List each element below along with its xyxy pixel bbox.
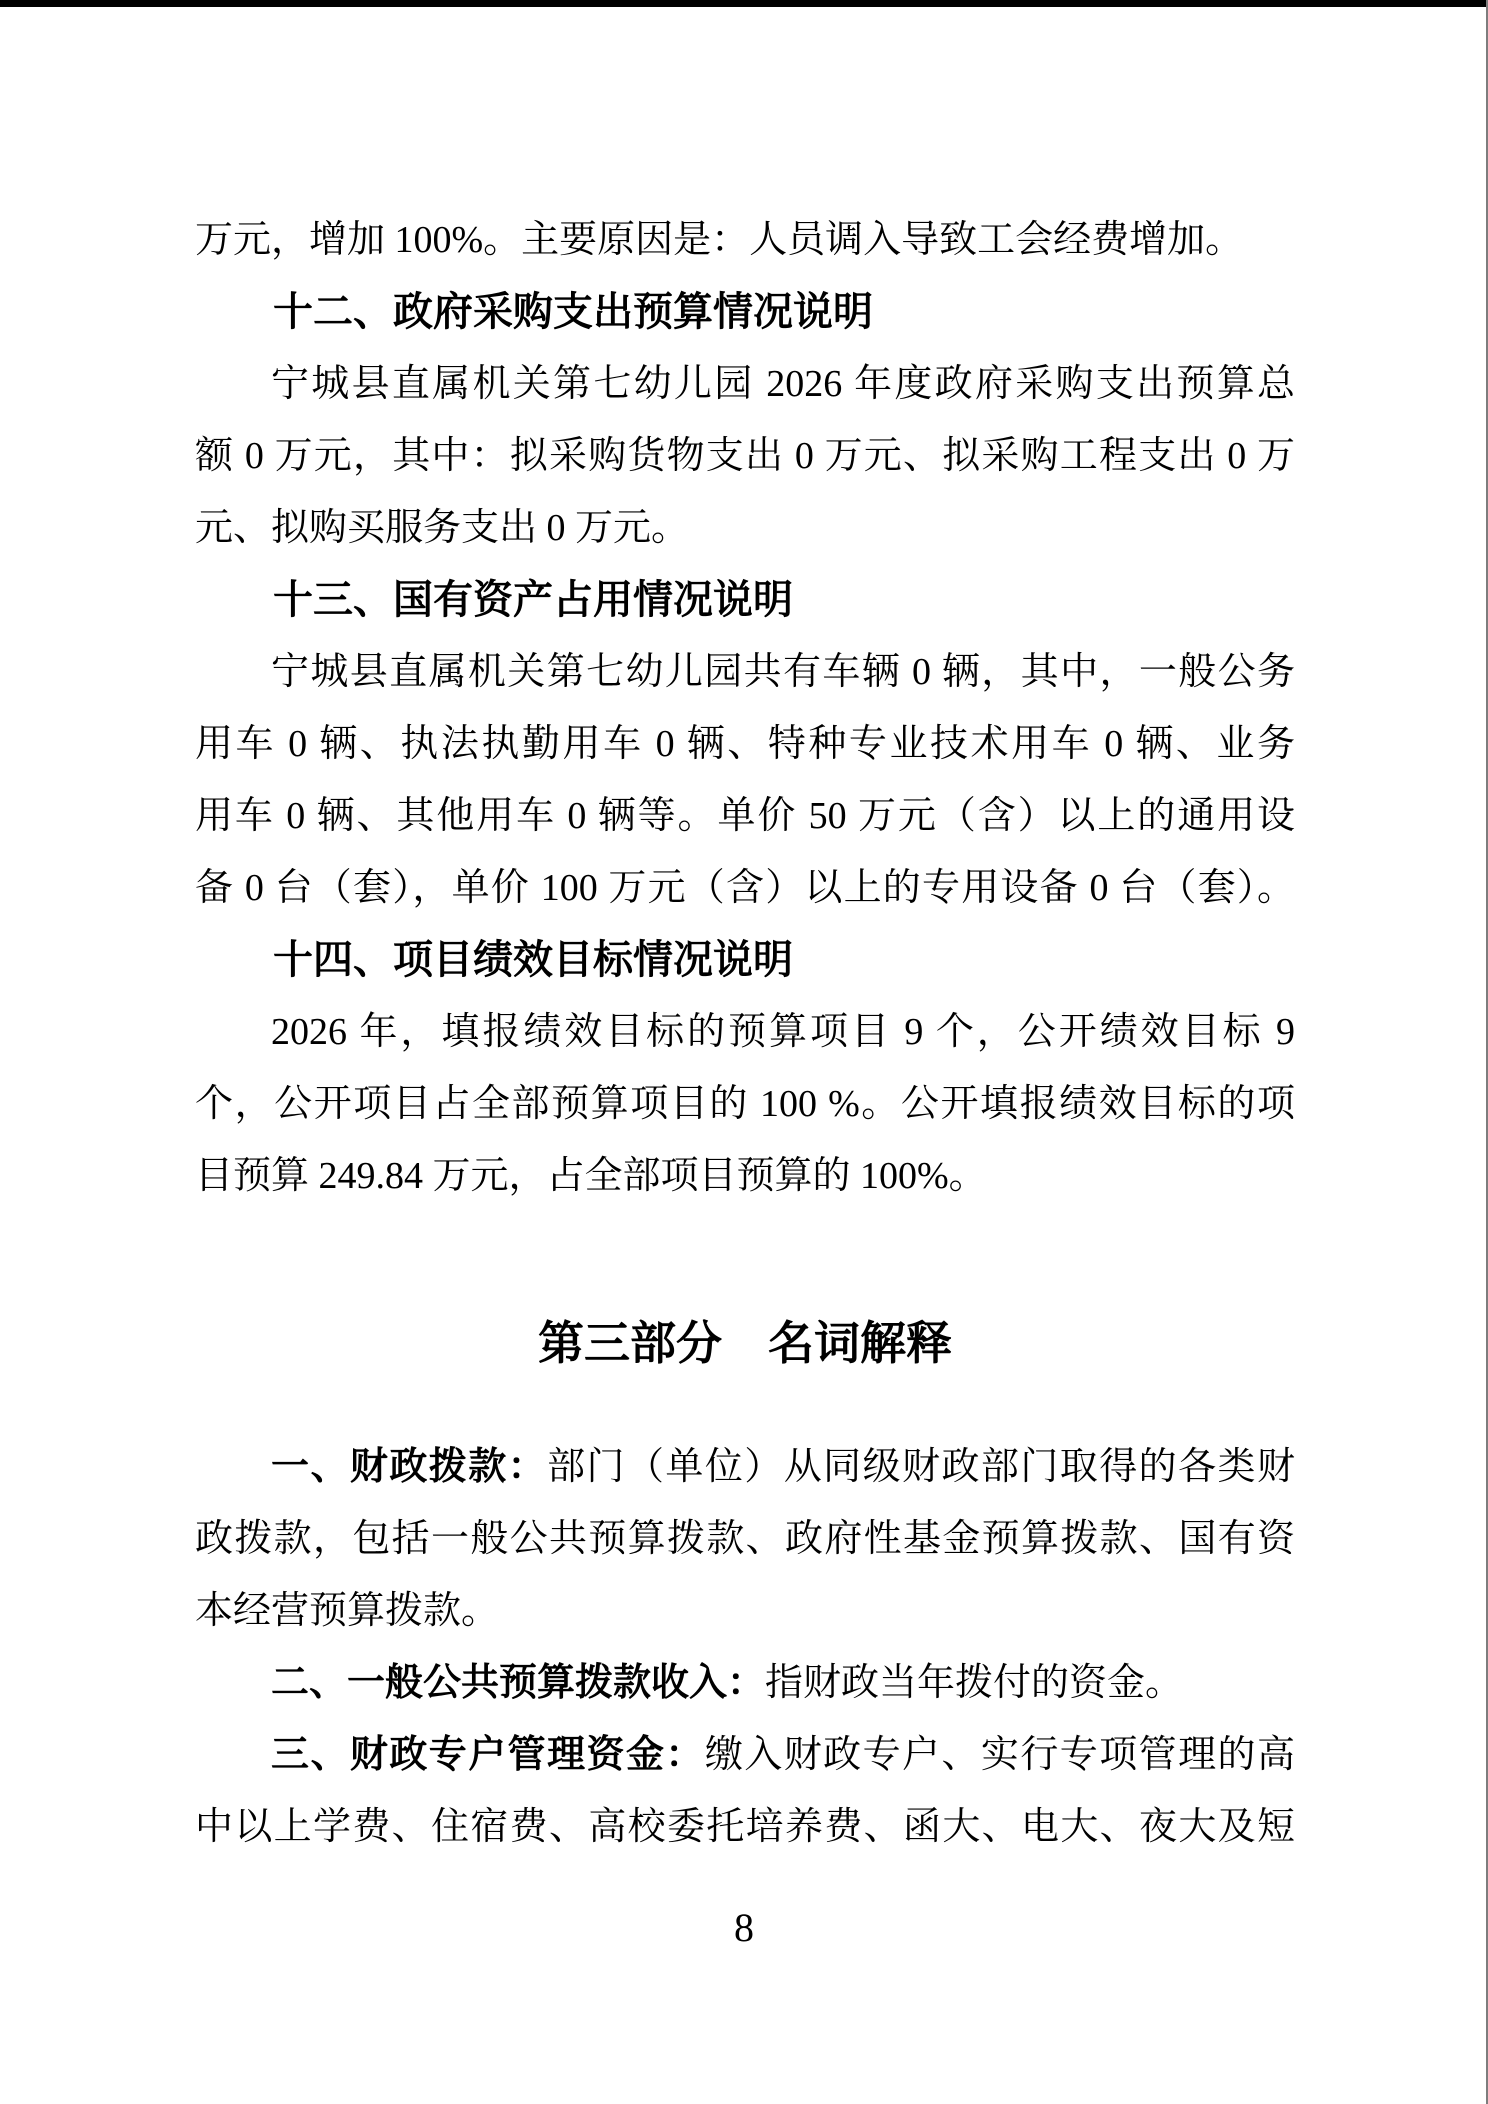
text-line: 一、财政拨款：部门（单位）从同级财政部门取得的各类财	[195, 1431, 1295, 1503]
text-run: 2026 年，填报绩效目标的预算项目 9 个，公开绩效目标 9	[271, 1011, 1295, 1053]
text-line: 备 0 台（套），单价 100 万元（含）以上的专用设备 0 台（套）。	[195, 852, 1295, 924]
text-run: 万元，增加 100%。主要原因是：人员调入导致工会经费增加。	[195, 219, 1243, 261]
text-line: 元、拟购买服务支出 0 万元。	[195, 492, 1295, 564]
text-run: 额 0 万元，其中：拟采购货物支出 0 万元、拟采购工程支出 0 万	[195, 435, 1295, 477]
text-line: 万元，增加 100%。主要原因是：人员调入导致工会经费增加。	[195, 204, 1295, 276]
text-run: 目预算 249.84 万元，占全部项目预算的 100%。	[195, 1155, 987, 1197]
text-line: 2026 年，填报绩效目标的预算项目 9 个，公开绩效目标 9	[195, 996, 1295, 1068]
text-line: 二、一般公共预算拨款收入：指财政当年拨付的资金。	[195, 1647, 1295, 1719]
subheading: 十二、政府采购支出预算情况说明	[195, 276, 1295, 348]
text-line: 政拨款，包括一般公共预算拨款、政府性基金预算拨款、国有资	[195, 1503, 1295, 1575]
text-run: 用车 0 辆、执法执勤用车 0 辆、特种专业技术用车 0 辆、业务	[195, 723, 1295, 765]
subheading: 十四、项目绩效目标情况说明	[195, 924, 1295, 996]
text-run: 元、拟购买服务支出 0 万元。	[195, 507, 689, 549]
text-line: 个，公开项目占全部预算项目的 100 %。公开填报绩效目标的项	[195, 1068, 1295, 1140]
text-line: 宁城县直属机关第七幼儿园共有车辆 0 辆，其中，一般公务	[195, 636, 1295, 708]
text-line: 中以上学费、住宿费、高校委托培养费、函大、电大、夜大及短	[195, 1791, 1295, 1863]
text-run: 缴入财政专户、实行专项管理的高	[705, 1734, 1295, 1776]
text-run: 宁城县直属机关第七幼儿园 2026 年度政府采购支出预算总	[271, 363, 1295, 405]
term-label: 一、财政拨款：	[271, 1446, 547, 1488]
text-run: 宁城县直属机关第七幼儿园共有车辆 0 辆，其中，一般公务	[271, 651, 1295, 693]
text-line: 三、财政专户管理资金：缴入财政专户、实行专项管理的高	[195, 1719, 1295, 1791]
text-line: 额 0 万元，其中：拟采购货物支出 0 万元、拟采购工程支出 0 万	[195, 420, 1295, 492]
text-run: 指财政当年拨付的资金。	[765, 1662, 1183, 1704]
subheading: 十三、国有资产占用情况说明	[195, 564, 1295, 636]
document-body: 万元，增加 100%。主要原因是：人员调入导致工会经费增加。十二、政府采购支出预…	[195, 7, 1295, 1863]
text-run: 政拨款，包括一般公共预算拨款、政府性基金预算拨款、国有资	[195, 1518, 1295, 1560]
text-run: 用车 0 辆、其他用车 0 辆等。单价 50 万元（含）以上的通用设	[195, 795, 1295, 837]
text-run: 部门（单位）从同级财政部门取得的各类财	[547, 1446, 1295, 1488]
document-page: { "page": { "number": "8", "background_c…	[0, 0, 1488, 2104]
top-window-edge	[0, 0, 1488, 7]
term-label: 二、一般公共预算拨款收入：	[271, 1662, 765, 1704]
section-title: 第三部分 名词解释	[195, 1307, 1295, 1379]
text-line: 本经营预算拨款。	[195, 1575, 1295, 1647]
text-line: 用车 0 辆、其他用车 0 辆等。单价 50 万元（含）以上的通用设	[195, 780, 1295, 852]
text-run: 中以上学费、住宿费、高校委托培养费、函大、电大、夜大及短	[195, 1806, 1295, 1848]
text-run: 备 0 台（套），单价 100 万元（含）以上的专用设备 0 台（套）。	[195, 867, 1295, 909]
page-number: 8	[0, 1900, 1488, 1956]
term-label: 三、财政专户管理资金：	[271, 1734, 705, 1776]
text-run: 本经营预算拨款。	[195, 1590, 499, 1632]
text-line: 用车 0 辆、执法执勤用车 0 辆、特种专业技术用车 0 辆、业务	[195, 708, 1295, 780]
text-line: 宁城县直属机关第七幼儿园 2026 年度政府采购支出预算总	[195, 348, 1295, 420]
text-line: 目预算 249.84 万元，占全部项目预算的 100%。	[195, 1140, 1295, 1212]
text-run: 个，公开项目占全部预算项目的 100 %。公开填报绩效目标的项	[195, 1083, 1295, 1125]
